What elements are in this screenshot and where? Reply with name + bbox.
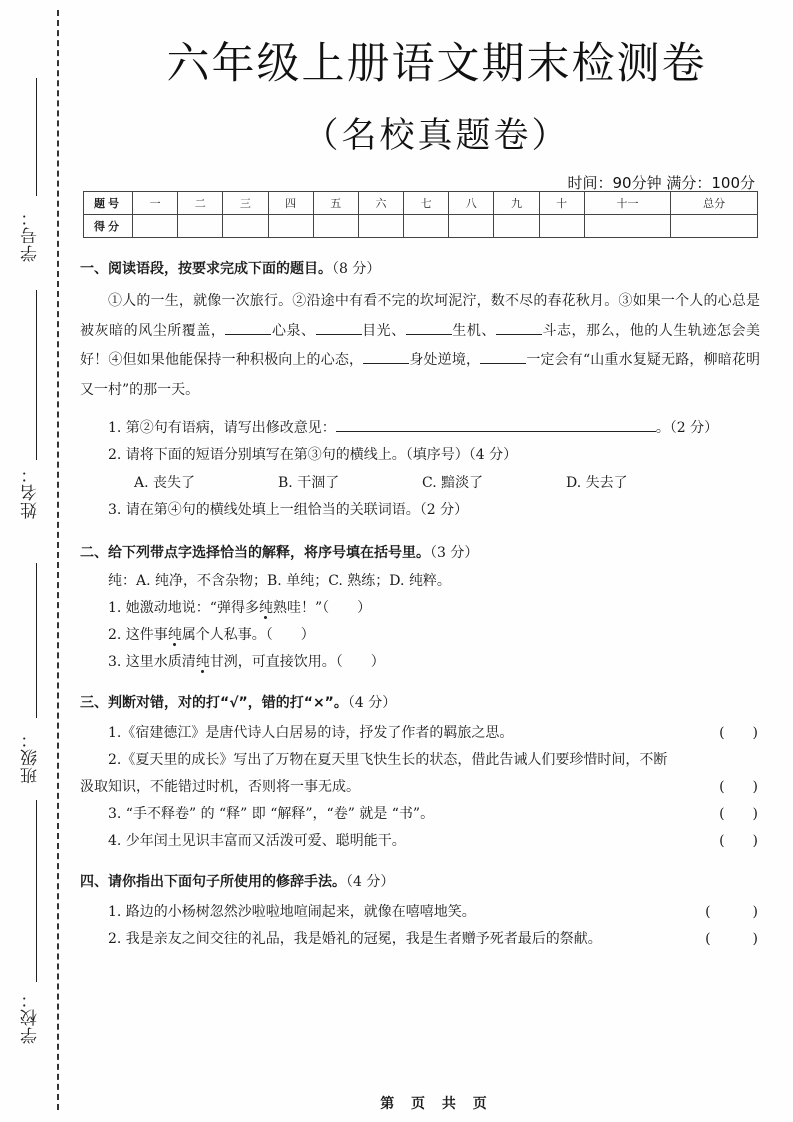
col-header: 七 (404, 192, 449, 215)
col-header: 一 (133, 192, 178, 215)
score-cell[interactable] (313, 215, 358, 238)
fill-blank[interactable] (496, 320, 542, 335)
section-title-text: 二、给下列带点字选择恰当的解释，将序号填在括号里。 (80, 545, 430, 561)
item-text: 1.《宿建德江》是唐代诗人白居易的诗，抒发了作者的羁旅之思。 (108, 725, 513, 741)
option-a: A. 丧失了 (134, 469, 278, 497)
row-label-score: 得分 (84, 215, 133, 238)
reading-passage: ①人的一生，就像一次旅行。②沿途中有看不完的坎坷泥泞，数不尽的春花秋月。③如果一… (80, 287, 760, 405)
score-cell[interactable] (494, 215, 539, 238)
section-4: 四、请你指出下面句子所使用的修辞手法。（4 分） 1. 路边的小杨树忽然沙啦啦地… (80, 871, 770, 953)
rhetoric-item-1: 1. 路边的小杨树忽然沙啦啦地喧闹起来，就像在嘻嘻地笑。( ) (80, 899, 770, 926)
option-b: B. 干涸了 (278, 469, 422, 497)
answer-paren[interactable]: ( ) (719, 774, 758, 801)
judge-item-3: 3. “手不释卷” 的 “释” 即 “解释”，“卷” 就是 “书”。( ) (80, 801, 770, 828)
judge-item-2-cont: 汲取知识，不能错过时机，否则将一事无成。( ) (80, 774, 770, 801)
score-table: 题号 一 二 三 四 五 六 七 八 九 十 十一 总分 得分 (83, 191, 758, 238)
binding-margin: 学号： 姓名： 班级： 学校： (0, 0, 80, 1122)
col-header: 五 (313, 192, 358, 215)
question-text: 1. 她激动地说：“弹得多 (108, 600, 259, 616)
question-2-1: 1. 她激动地说：“弹得多纯熟哇！”（ ） (80, 595, 770, 622)
question-text: 2. 这件事 (108, 627, 168, 643)
answer-paren[interactable]: ( ) (719, 720, 758, 747)
section-1: 一、阅读语段，按要求完成下面的题目。（8 分） ①人的一生，就像一次旅行。②沿途… (80, 258, 770, 524)
section-1-title: 一、阅读语段，按要求完成下面的题目。（8 分） (80, 258, 770, 278)
student-id-label: 学号： (18, 208, 43, 262)
name-line[interactable] (36, 290, 37, 460)
question-1-3: 3. 请在第④句的横线处填上一组恰当的关联词语。（2 分） (80, 497, 770, 524)
col-header: 六 (358, 192, 403, 215)
score-table-score-row: 得分 (84, 215, 758, 238)
score-cell[interactable] (268, 215, 313, 238)
option-c: C. 黯淡了 (422, 469, 566, 497)
section-title-text: 三、判断对错，对的打“√”，错的打“×”。 (80, 695, 348, 711)
question-text: 3. 这里水质清 (108, 654, 196, 670)
section-2: 二、给下列带点字选择恰当的解释，将序号填在括号里。（3 分） 纯：A. 纯净，不… (80, 542, 770, 676)
dotted-char: 纯 (168, 627, 182, 643)
dotted-char: 纯 (196, 654, 210, 670)
score-cell[interactable] (671, 215, 758, 238)
judge-item-2: 2.《夏天里的成长》写出了万物在夏天里飞快生长的状态，借此告诫人们要珍惜时间，不… (80, 747, 770, 774)
answer-paren[interactable]: ( ) (705, 899, 758, 926)
col-header: 八 (449, 192, 494, 215)
score-table-header-row: 题号 一 二 三 四 五 六 七 八 九 十 十一 总分 (84, 192, 758, 215)
fill-blank[interactable] (363, 349, 409, 364)
col-header: 四 (268, 192, 313, 215)
fill-blank[interactable] (225, 320, 271, 335)
col-header: 总分 (671, 192, 758, 215)
name-label: 姓名： (18, 465, 43, 519)
item-text: 4. 少年闰土见识丰富而又活泼可爱、聪明能干。 (108, 833, 406, 849)
dotted-char: 纯 (259, 600, 273, 616)
answer-paren[interactable]: ( ) (719, 828, 758, 855)
item-text: 2. 我是亲友之间交往的礼品，我是婚礼的冠冕，我是生者赠予死者最后的祭献。 (108, 931, 602, 947)
col-header: 十 (539, 192, 584, 215)
passage-text: 生机、 (452, 323, 496, 339)
answer-paren[interactable]: ( ) (719, 801, 758, 828)
school-label: 学校： (18, 990, 43, 1044)
passage-text: 目光、 (362, 323, 406, 339)
score-cell[interactable] (404, 215, 449, 238)
section-3: 三、判断对错，对的打“√”，错的打“×”。（4 分） 1.《宿建德江》是唐代诗人… (80, 692, 770, 855)
school-line[interactable] (36, 800, 37, 982)
section-title-text: 四、请你指出下面句子所使用的修辞手法。 (80, 874, 346, 890)
rhetoric-item-2: 2. 我是亲友之间交往的礼品，我是婚礼的冠冕，我是生者赠予死者最后的祭献。( ) (80, 926, 770, 953)
col-header: 三 (223, 192, 268, 215)
student-id-line[interactable] (36, 78, 37, 196)
class-line[interactable] (36, 563, 37, 718)
score-cell[interactable] (358, 215, 403, 238)
section-points: （8 分） (332, 261, 380, 277)
question-text: 1. 第②句有语病，请写出修改意见： (108, 420, 336, 436)
option-d: D. 失去了 (566, 469, 710, 497)
score-cell[interactable] (449, 215, 494, 238)
question-text[interactable]: 熟哇！”（ ） (273, 600, 371, 616)
judge-item-4: 4. 少年闰土见识丰富而又活泼可爱、聪明能干。( ) (80, 828, 770, 855)
question-text[interactable]: 属个人私事。（ ） (182, 627, 315, 643)
row-label-question: 题号 (84, 192, 133, 215)
question-1-1: 1. 第②句有语病，请写出修改意见：。（2 分） (80, 415, 770, 442)
col-header: 九 (494, 192, 539, 215)
section-points: （4 分） (346, 874, 394, 890)
definitions: 纯：A. 纯净，不含杂物；B. 单纯；C. 熟练；D. 纯粹。 (80, 568, 770, 595)
fill-blank[interactable] (406, 320, 452, 335)
item-text: 汲取知识，不能错过时机，否则将一事无成。 (80, 779, 360, 795)
section-2-title: 二、给下列带点字选择恰当的解释，将序号填在括号里。（3 分） (80, 542, 770, 562)
item-text: 2.《夏天里的成长》写出了万物在夏天里飞快生长的状态，借此告诫人们要珍惜时间，不… (108, 752, 667, 768)
question-points: 。（2 分） (656, 420, 718, 436)
question-1-2: 2. 请将下面的短语分别填写在第③句的横线上。（填序号）（4 分） (80, 442, 770, 469)
section-title-text: 一、阅读语段，按要求完成下面的题目。 (80, 261, 332, 277)
answer-paren[interactable]: ( ) (705, 926, 758, 953)
page-footer: 第 页 共 页 (80, 1093, 793, 1113)
item-text: 3. “手不释卷” 的 “释” 即 “解释”，“卷” 就是 “书”。 (108, 806, 434, 822)
score-cell[interactable] (178, 215, 223, 238)
fill-blank[interactable] (480, 349, 526, 364)
section-points: （4 分） (348, 695, 396, 711)
options-list: A. 丧失了 B. 干涸了 C. 黯淡了 D. 失去了 (80, 469, 770, 497)
col-header: 二 (178, 192, 223, 215)
section-4-title: 四、请你指出下面句子所使用的修辞手法。（4 分） (80, 871, 770, 891)
passage-text: 身处逆境， (409, 352, 480, 368)
fill-blank[interactable] (316, 320, 362, 335)
passage-text: 心泉、 (271, 323, 315, 339)
score-cell[interactable] (223, 215, 268, 238)
cut-line (57, 10, 59, 1110)
page-subtitle: （名校真题卷） (80, 108, 793, 158)
score-cell[interactable] (133, 215, 178, 238)
answer-line[interactable] (336, 417, 656, 432)
judge-item-1: 1.《宿建德江》是唐代诗人白居易的诗，抒发了作者的羁旅之思。( ) (80, 720, 770, 747)
item-text: 1. 路边的小杨树忽然沙啦啦地喧闹起来，就像在嘻嘻地笑。 (108, 904, 476, 920)
score-cell[interactable] (539, 215, 584, 238)
question-2-3: 3. 这里水质清纯甘洌，可直接饮用。（ ） (80, 649, 770, 676)
exam-meta: 时间：90分钟 满分：100分 (568, 172, 756, 193)
class-label: 班级： (18, 730, 43, 784)
col-header: 十一 (584, 192, 671, 215)
section-3-title: 三、判断对错，对的打“√”，错的打“×”。（4 分） (80, 692, 770, 712)
exam-content: 一、阅读语段，按要求完成下面的题目。（8 分） ①人的一生，就像一次旅行。②沿途… (80, 258, 770, 953)
question-text[interactable]: 甘洌，可直接饮用。（ ） (210, 654, 385, 670)
page-title: 六年级上册语文期末检测卷 (80, 30, 793, 91)
score-cell[interactable] (584, 215, 671, 238)
question-2-2: 2. 这件事纯属个人私事。（ ） (80, 622, 770, 649)
section-points: （3 分） (430, 545, 478, 561)
